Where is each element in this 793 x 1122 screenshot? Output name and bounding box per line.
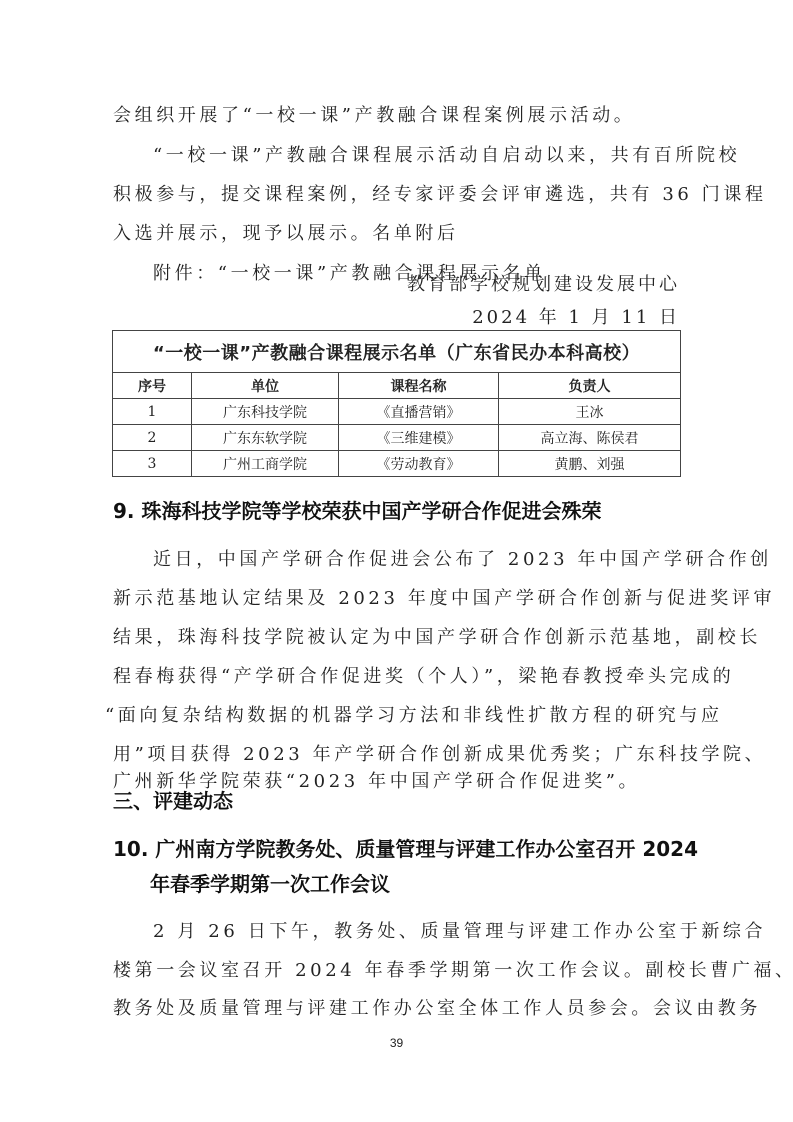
paragraph-line: 教务处及质量管理与评建工作办公室全体工作人员参会。会议由教务 bbox=[113, 997, 761, 1021]
part-3-heading: 三、评建动态 bbox=[113, 787, 233, 815]
table-cell: 3 bbox=[113, 451, 192, 477]
paragraph-line: 会组织开展了“一校一课”产教融合课程案例展示活动。 bbox=[113, 104, 635, 128]
column-header: 序号 bbox=[113, 373, 192, 399]
table-cell: 2 bbox=[113, 425, 192, 451]
column-header: 单位 bbox=[192, 373, 339, 399]
paragraph-line: 入选并展示，现予以展示。名单附后 bbox=[113, 222, 459, 246]
paragraph-line: “一校一课”产教融合课程展示活动自启动以来，共有百所院校 bbox=[153, 144, 740, 168]
paragraph-line: 结果，珠海科技学院被认定为中国产学研合作创新示范基地，副校长 bbox=[113, 626, 761, 650]
section-10-heading-line2: 年春季学期第一次工作会议 bbox=[150, 870, 390, 898]
paragraph-line: 2 月 26 日下午，教务处、质量管理与评建工作办公室于新综合 bbox=[153, 920, 766, 944]
table-cell: 广东东软学院 bbox=[192, 425, 339, 451]
column-header: 课程名称 bbox=[339, 373, 499, 399]
table-header-row: 序号 单位 课程名称 负责人 bbox=[113, 373, 681, 399]
course-showcase-table: “一校一课”产教融合课程展示名单（广东省民办本科高校） 序号 单位 课程名称 负… bbox=[112, 330, 681, 477]
table-cell: 黄鹏、刘强 bbox=[499, 451, 681, 477]
paragraph-line: 积极参与，提交课程案例，经专家评委会评审遴选，共有 36 门课程 bbox=[113, 183, 767, 207]
paragraph-line: 新示范基地认定结果及 2023 年度中国产学研合作创新与促进奖评审 bbox=[113, 587, 775, 611]
paragraph-line: 用”项目获得 2023 年产学研合作创新成果优秀奖；广东科技学院、 bbox=[113, 743, 766, 767]
table-title: “一校一课”产教融合课程展示名单（广东省民办本科高校） bbox=[113, 331, 681, 373]
page-number: 39 bbox=[0, 1036, 793, 1050]
paragraph-line: 程春梅获得“产学研合作促进奖（个人）”，梁艳春教授牵头完成的 bbox=[113, 665, 734, 689]
paragraph-line: 楼第一会议室召开 2024 年春季学期第一次工作会议。副校长曹广福、 bbox=[113, 959, 793, 983]
section-9-heading: 9. 珠海科技学院等学校荣获中国产学研合作促进会殊荣 bbox=[113, 497, 601, 525]
table-cell: 王冰 bbox=[499, 399, 681, 425]
table-cell: 广州工商学院 bbox=[192, 451, 339, 477]
table-cell: 高立海、陈侯君 bbox=[499, 425, 681, 451]
table-cell: 1 bbox=[113, 399, 192, 425]
paragraph-line: “面向复杂结构数据的机器学习方法和非线性扩散方程的研究与应 bbox=[105, 704, 723, 728]
paragraph-line: 近日，中国产学研合作促进会公布了 2023 年中国产学研合作创 bbox=[153, 548, 772, 572]
table-cell: 《三维建模》 bbox=[339, 425, 499, 451]
table-cell: 广东科技学院 bbox=[192, 399, 339, 425]
date: 2024 年 1 月 11 日 bbox=[472, 306, 680, 330]
signature: 教育部学校规划建设发展中心 bbox=[407, 273, 680, 297]
table-row: 1 广东科技学院 《直播营销》 王冰 bbox=[113, 399, 681, 425]
table-cell: 《直播营销》 bbox=[339, 399, 499, 425]
table-row: 2 广东东软学院 《三维建模》 高立海、陈侯君 bbox=[113, 425, 681, 451]
section-10-heading-line1: 10. 广州南方学院教务处、质量管理与评建工作办公室召开 2024 bbox=[113, 835, 698, 863]
column-header: 负责人 bbox=[499, 373, 681, 399]
table-cell: 《劳动教育》 bbox=[339, 451, 499, 477]
table-row: 3 广州工商学院 《劳动教育》 黄鹏、刘强 bbox=[113, 451, 681, 477]
